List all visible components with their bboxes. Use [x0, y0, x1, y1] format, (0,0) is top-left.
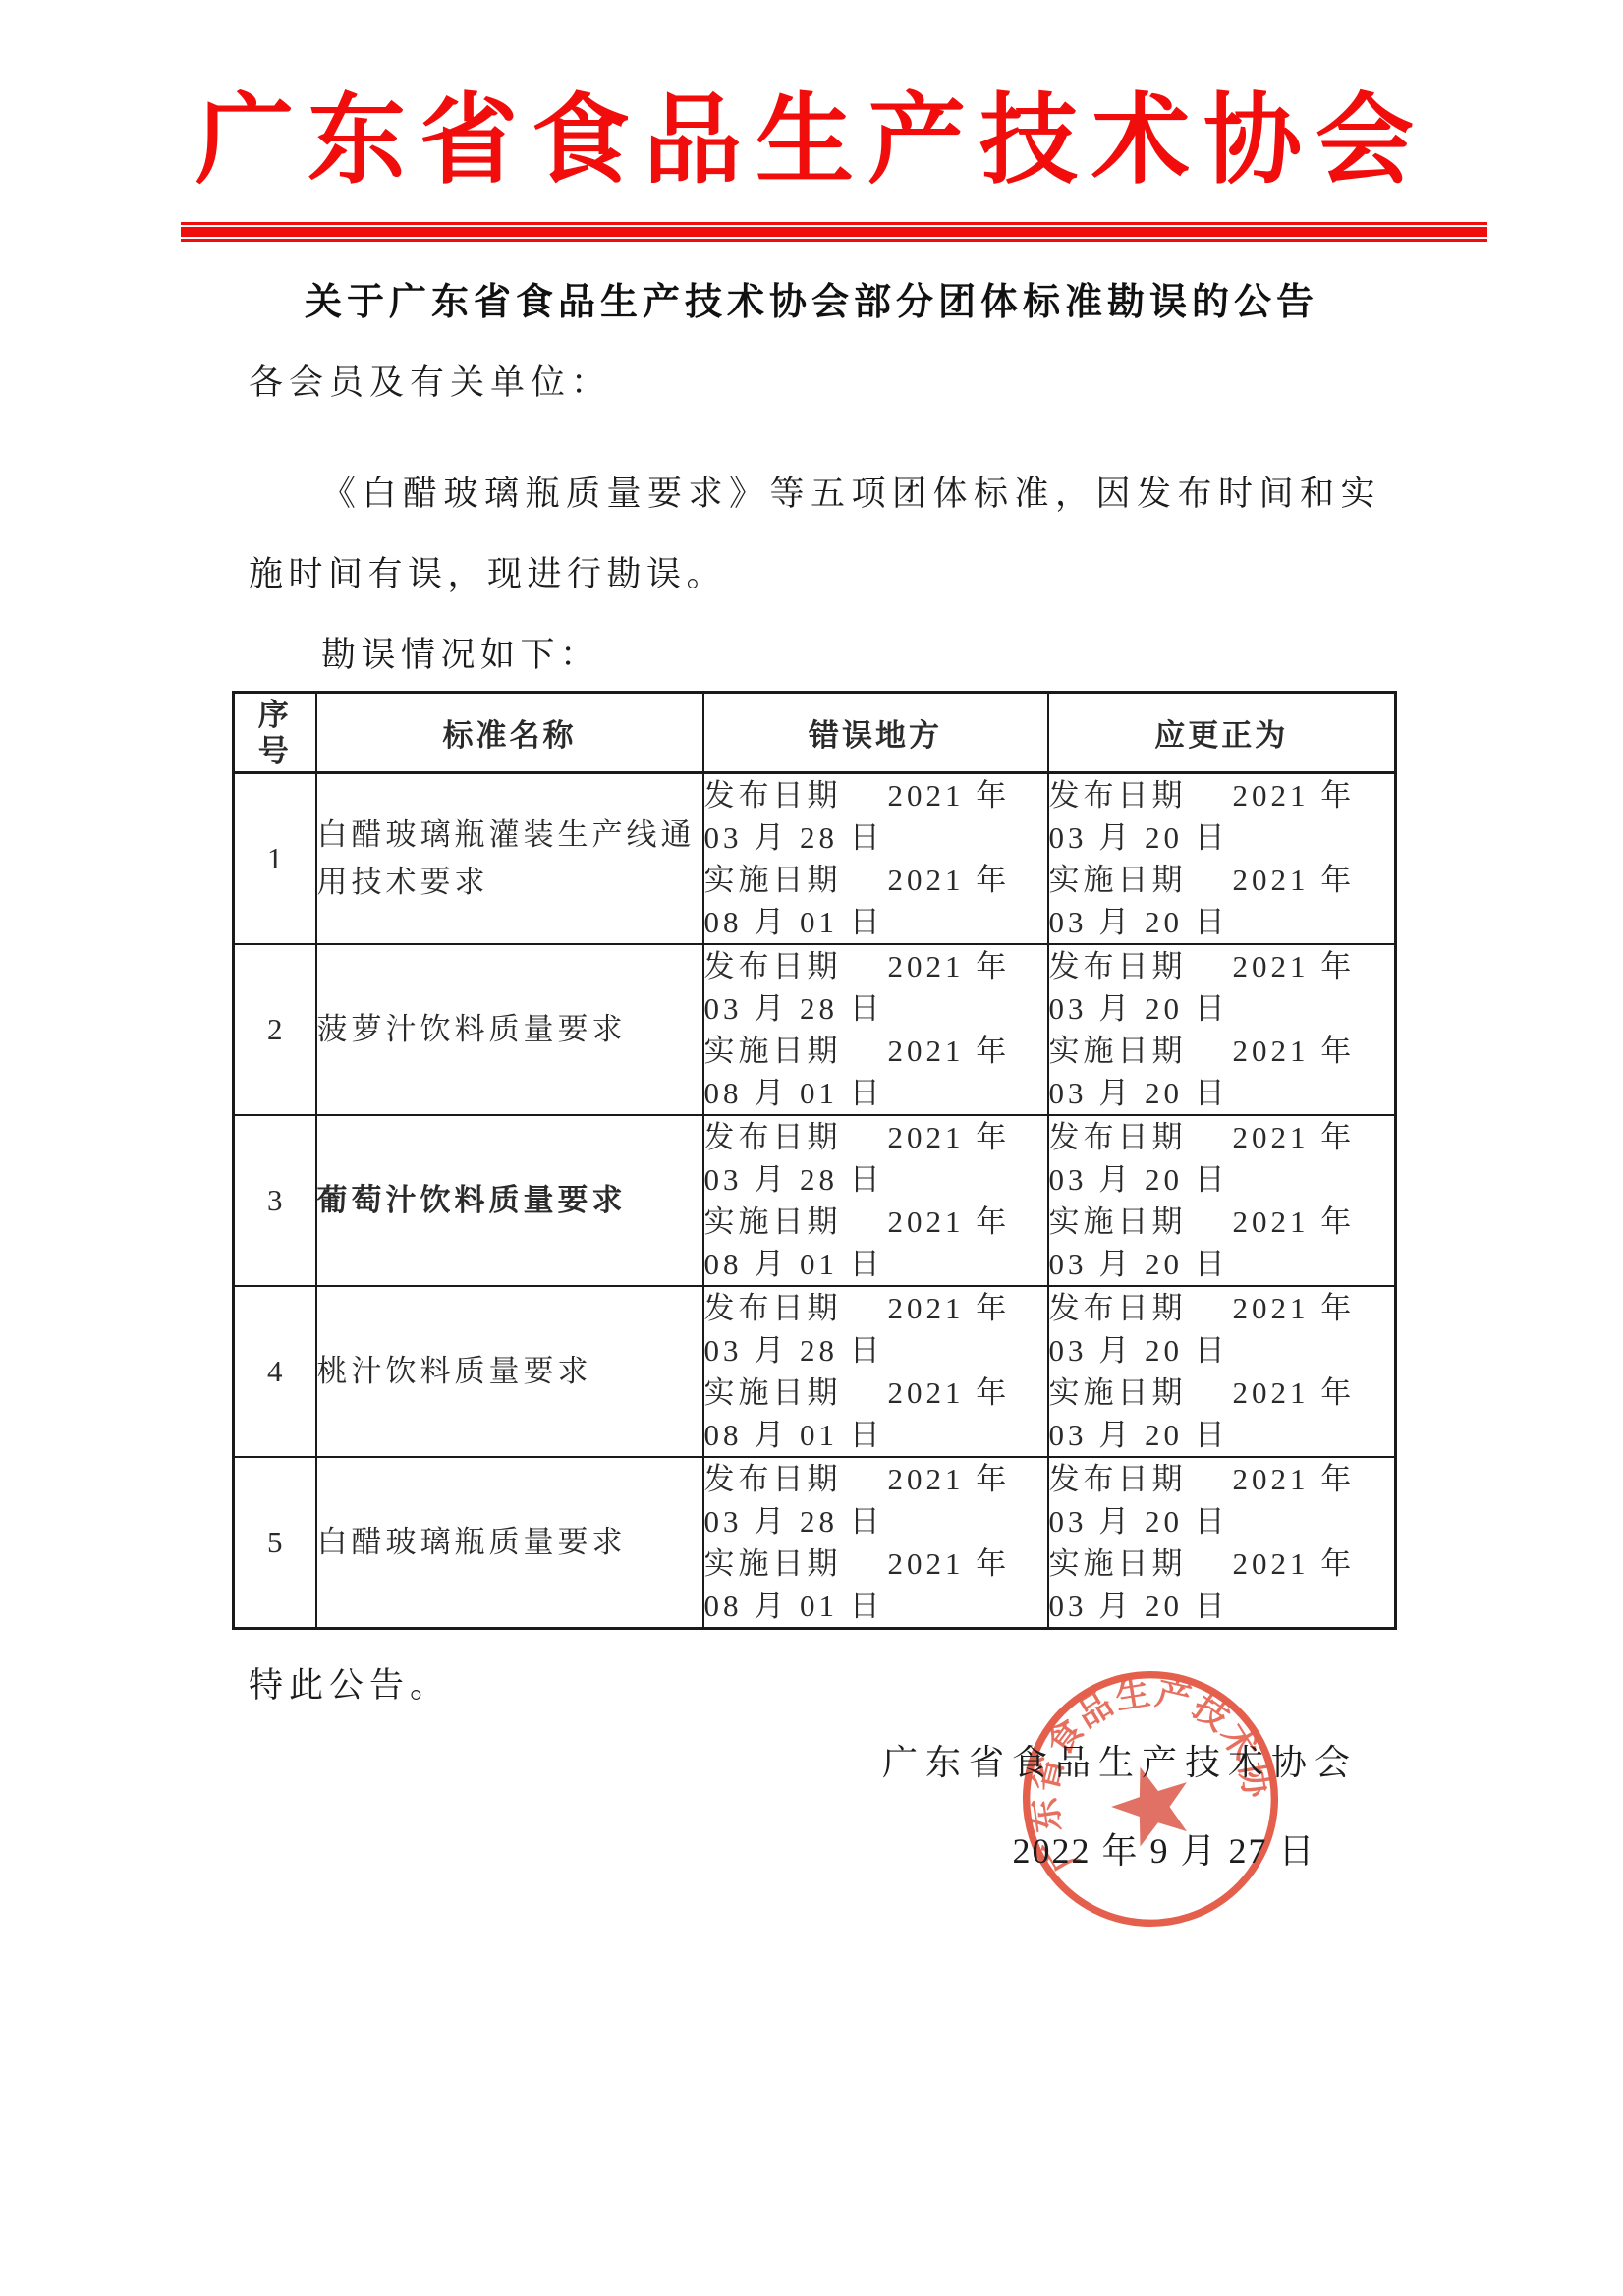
error-location-cell: 发布日期 2021 年 03 月 28 日 实施日期 2021 年 08 月 0…: [703, 773, 1048, 945]
table-header-row: 序号 标准名称 错误地方 应更正为: [234, 693, 1396, 773]
standard-name-cell: 菠萝汁饮料质量要求: [316, 944, 703, 1115]
standard-name-cell: 白醋玻璃瓶灌装生产线通用技术要求: [316, 773, 703, 945]
table-row: 3 葡萄汁饮料质量要求 发布日期 2021 年 03 月 28 日 实施日期 2…: [234, 1115, 1396, 1286]
official-seal: 广东省食品生产技术协会: [979, 1628, 1321, 1970]
table-row: 2 菠萝汁饮料质量要求 发布日期 2021 年 03 月 28 日 实施日期 2…: [234, 944, 1396, 1115]
errata-table: 序号 标准名称 错误地方 应更正为 1 白醋玻璃瓶灌装生产线通用技术要求 发布日…: [232, 691, 1397, 1630]
table-row: 1 白醋玻璃瓶灌装生产线通用技术要求 发布日期 2021 年 03 月 28 日…: [234, 773, 1396, 945]
error-location-cell: 发布日期 2021 年 03 月 28 日 实施日期 2021 年 08 月 0…: [703, 1115, 1048, 1286]
serial-number-cell: 2: [234, 944, 316, 1115]
serial-number-cell: 3: [234, 1115, 316, 1286]
table-row: 5 白醋玻璃瓶质量要求 发布日期 2021 年 03 月 28 日 实施日期 2…: [234, 1457, 1396, 1629]
document-page: 广东省食品生产技术协会 关于广东省食品生产技术协会部分团体标准勘误的公告 各会员…: [0, 0, 1623, 2296]
errata-note: 勘误情况如下：: [249, 615, 1380, 696]
issue-date: 2022 年 9 月 27 日: [982, 1823, 1346, 1874]
serial-number-cell: 5: [234, 1457, 316, 1629]
serial-number-cell: 1: [234, 773, 316, 945]
correction-cell: 发布日期 2021 年 03 月 20 日 实施日期 2021 年 03 月 2…: [1048, 1457, 1396, 1629]
salutation: 各会员及有关单位：: [249, 356, 611, 405]
correction-cell: 发布日期 2021 年 03 月 20 日 实施日期 2021 年 03 月 2…: [1048, 773, 1396, 945]
header-correction: 应更正为: [1048, 693, 1396, 773]
correction-cell: 发布日期 2021 年 03 月 20 日 实施日期 2021 年 03 月 2…: [1048, 1286, 1396, 1457]
correction-cell: 发布日期 2021 年 03 月 20 日 实施日期 2021 年 03 月 2…: [1048, 1115, 1396, 1286]
standard-name-cell: 白醋玻璃瓶质量要求: [316, 1457, 703, 1629]
error-location-cell: 发布日期 2021 年 03 月 28 日 实施日期 2021 年 08 月 0…: [703, 1457, 1048, 1629]
header-serial-number: 序号: [234, 693, 316, 773]
header-error-location: 错误地方: [703, 693, 1048, 773]
standard-name-cell: 桃汁饮料质量要求: [316, 1286, 703, 1457]
announcement-title: 关于广东省食品生产技术协会部分团体标准勘误的公告: [0, 271, 1623, 325]
error-location-cell: 发布日期 2021 年 03 月 28 日 实施日期 2021 年 08 月 0…: [703, 944, 1048, 1115]
serial-number-cell: 4: [234, 1286, 316, 1457]
closing-statement: 特此公告。: [249, 1658, 450, 1708]
issuer-signature: 广东省食品生产技术协会: [865, 1735, 1375, 1785]
error-location-cell: 发布日期 2021 年 03 月 28 日 实施日期 2021 年 08 月 0…: [703, 1286, 1048, 1457]
correction-cell: 发布日期 2021 年 03 月 20 日 实施日期 2021 年 03 月 2…: [1048, 944, 1396, 1115]
table-row: 4 桃汁饮料质量要求 发布日期 2021 年 03 月 28 日 实施日期 20…: [234, 1286, 1396, 1457]
letterhead-org-name: 广东省食品生产技术协会: [0, 61, 1623, 202]
header-standard-name: 标准名称: [316, 693, 703, 773]
letterhead-divider-line: [181, 222, 1487, 242]
body-paragraphs: 《白醋玻璃瓶质量要求》等五项团体标准，因发布时间和实施时间有误，现进行勘误。 勘…: [249, 454, 1380, 696]
intro-paragraph: 《白醋玻璃瓶质量要求》等五项团体标准，因发布时间和实施时间有误，现进行勘误。: [249, 454, 1380, 615]
standard-name-cell: 葡萄汁饮料质量要求: [316, 1115, 703, 1286]
